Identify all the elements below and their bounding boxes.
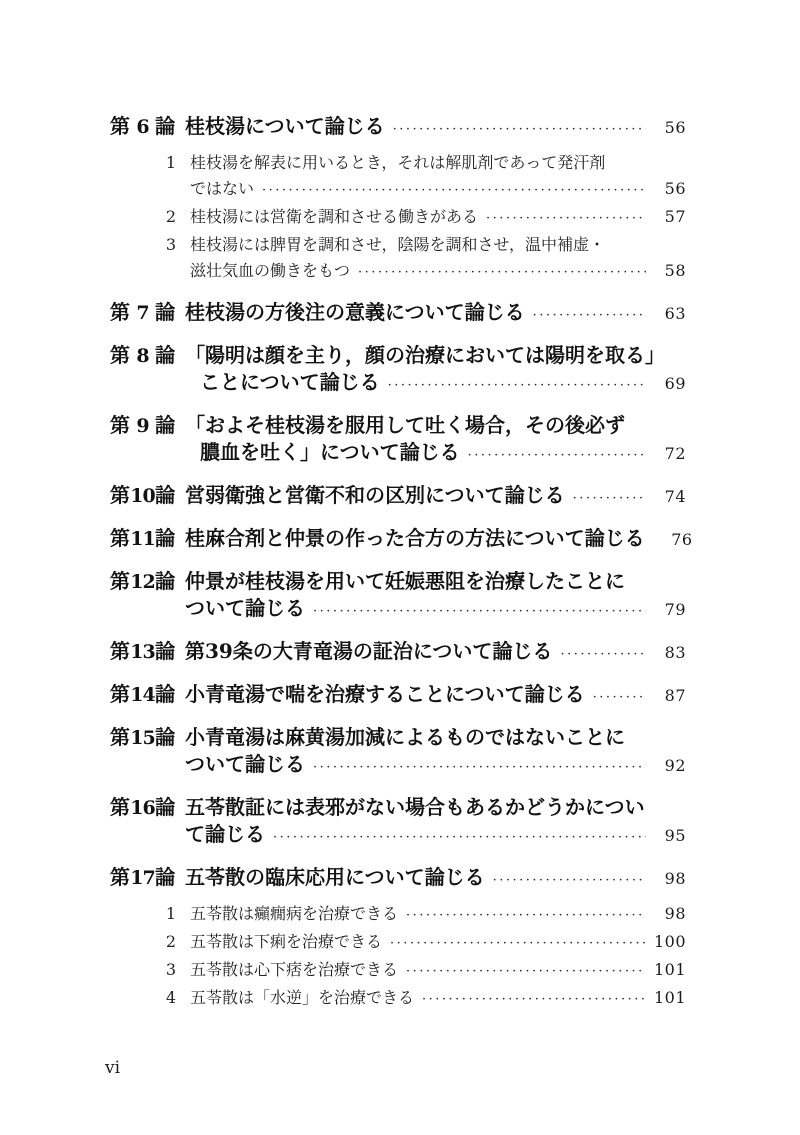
toc-title-line: 「およそ桂枝湯を服用して吐く場合，その後必ず [185,412,686,439]
page-ref: 57 [652,204,686,230]
subsection-number: 1 [165,901,177,929]
dot-leader: ········································… [388,372,646,399]
chapter-heading: 第12論仲景が桂枝湯を用いて妊娠悪阻を治療したことについて論じる········… [110,568,686,625]
dot-leader: ········································… [560,641,646,668]
chapter-number: 7 [130,300,155,327]
toc-title-text: 「陽明は顔を主り，顔の治療においては陽明を取る」 [185,342,665,369]
chapter-suffix: 論 [155,568,175,595]
toc-entry: 第14論小青竜湯で喘を治療することについて論じる················… [110,681,686,711]
subsection-title: 桂枝湯には脾胃を調和させ，陰陽を調和させ，温中補虚・滋壮気血の働きをもつ····… [190,232,686,286]
toc-title-text: 第39条の大青竜湯の証治について論じる [185,638,552,665]
page-ref: 101 [652,985,686,1011]
chapter-suffix: 論 [155,412,175,439]
dot-leader: ········································… [358,260,646,286]
page-ref: 87 [652,682,686,709]
toc-title-text: 小青竜湯で喘を治療することについて論じる [185,681,585,708]
toc-title-line: 桂枝湯の方後注の意義について論じる·······················… [185,299,686,329]
page-ref: 58 [652,258,686,284]
toc-title-text: 膿血を吐く」について論じる [200,439,460,466]
chapter-title: 小青竜湯で喘を治療することについて論じる····················… [185,681,686,711]
table-of-contents: 第6論桂枝湯について論じる···························… [110,113,686,1026]
chapter-label: 第7論 [110,299,185,329]
chapter-title: 営弱衛強と営衛不和の区別について論じる·····················… [185,482,686,512]
subsection-item: 1五苓散は癲癇病を治療できる··························… [110,901,686,929]
chapter-title: 桂麻合剤と仲景の作った合方の方法について論じる·················… [185,525,686,555]
chapter-title: 桂枝湯について論じる······························… [185,113,686,143]
subsection-list: 1五苓散は癲癇病を治療できる··························… [110,901,686,1013]
toc-title-line: 第39条の大青竜湯の証治について論じる·····················… [185,638,686,668]
subsection-list: 1桂枝湯を解表に用いるとき，それは解肌剤であって発汗剤ではない·········… [110,150,686,286]
page-ref: 63 [652,300,686,327]
toc-entry: 第6論桂枝湯について論じる···························… [110,113,686,286]
toc-title-line: 五苓散の臨床応用について論じる·························… [185,864,686,894]
dot-leader: ········································… [390,931,646,957]
chapter-title: 「およそ桂枝湯を服用して吐く場合，その後必ず膿血を吐く」について論じる·····… [185,412,686,469]
chapter-number: 16 [130,795,155,822]
toc-title-line: 桂枝湯を解表に用いるとき，それは解肌剤であって発汗剤 [190,150,686,176]
chapter-label: 第16論 [110,794,185,851]
chapter-title: 五苓散証には表邪がない場合もあるかどうかについて論じる·············… [185,794,686,851]
subsection-item: 3五苓散は心下痞を治療できる··························… [110,957,686,985]
chapter-number: 13 [130,639,155,666]
chapter-prefix: 第 [110,299,130,326]
toc-title-text: 滋壮気血の働きをもつ [190,258,350,284]
subsection-title: 桂枝湯を解表に用いるとき，それは解肌剤であって発汗剤ではない··········… [190,150,686,204]
toc-title-text: 桂枝湯には営衛を調和させる働きがある [190,204,478,230]
toc-entry: 第9論「およそ桂枝湯を服用して吐く場合，その後必ず膿血を吐く」について論じる··… [110,412,686,469]
chapter-label: 第17論 [110,864,185,894]
chapter-suffix: 論 [155,113,175,140]
toc-title-text: ついて論じる [185,751,305,778]
chapter-label: 第12論 [110,568,185,625]
toc-title-line: 五苓散は「水逆」を治療できる··························… [190,985,686,1013]
subsection-number: 4 [165,985,177,1013]
toc-title-line: 五苓散は下痢を治療できる····························… [190,929,686,957]
chapter-number: 14 [130,682,155,709]
subsection-title: 五苓散は「水逆」を治療できる··························… [190,985,686,1013]
page-ref: 76 [659,526,693,553]
chapter-prefix: 第 [110,342,130,369]
subsection-number: 2 [165,929,177,957]
chapter-prefix: 第 [110,794,130,821]
chapter-number: 8 [130,343,155,370]
chapter-label: 第14論 [110,681,185,711]
subsection-number: 3 [165,957,177,985]
toc-title-line: 「陽明は顔を主り，顔の治療においては陽明を取る」 [185,342,686,369]
toc-title-text: 五苓散証には表邪がない場合もあるかどうかについ [185,794,645,821]
toc-entry: 第15論小青竜湯は麻黄湯加減によるものではないことについて論じる········… [110,724,686,781]
dot-leader: ········································… [273,824,646,851]
subsection-number: 1 [165,150,177,204]
toc-title-line: ではない····································… [190,176,686,204]
chapter-label: 第15論 [110,724,185,781]
chapter-heading: 第8論「陽明は顔を主り，顔の治療においては陽明を取る」ことについて論じる····… [110,342,686,399]
dot-leader: ········································… [593,684,646,711]
chapter-heading: 第14論小青竜湯で喘を治療することについて論じる················… [110,681,686,711]
chapter-title: 小青竜湯は麻黄湯加減によるものではないことについて論じる············… [185,724,686,781]
chapter-label: 第8論 [110,342,185,399]
chapter-number: 12 [130,569,155,596]
dot-leader: ········································… [533,302,646,329]
chapter-suffix: 論 [155,638,175,665]
dot-leader: ········································… [313,754,646,781]
page-footer: vi [105,1058,120,1078]
toc-entry: 第13論第39条の大青竜湯の証治について論じる·················… [110,638,686,668]
subsection-item: 4五苓散は「水逆」を治療できる·························… [110,985,686,1013]
chapter-suffix: 論 [155,525,175,552]
toc-title-line: 五苓散は癲癇病を治療できる···························… [190,901,686,929]
toc-entry: 第10論営弱衛強と営衛不和の区別について論じる·················… [110,482,686,512]
toc-title-line: 膿血を吐く」について論じる···························… [185,439,686,469]
chapter-prefix: 第 [110,525,130,552]
toc-title-line: 桂麻合剤と仲景の作った合方の方法について論じる·················… [185,525,686,555]
toc-title-text: 小青竜湯は麻黄湯加減によるものではないことに [185,724,625,751]
page-ref: 100 [652,929,686,955]
toc-title-text: て論じる [185,821,265,848]
chapter-heading: 第10論営弱衛強と営衛不和の区別について論じる·················… [110,482,686,512]
toc-entry: 第7論桂枝湯の方後注の意義について論じる····················… [110,299,686,329]
chapter-title: 仲景が桂枝湯を用いて妊娠悪阻を治療したことについて論じる············… [185,568,686,625]
chapter-suffix: 論 [155,482,175,509]
toc-title-text: 五苓散は心下痞を治療できる [190,957,398,983]
toc-title-text: 桂麻合剤と仲景の作った合方の方法について論じる [185,525,645,552]
page-number-footer: vi [105,1058,120,1078]
chapter-heading: 第7論桂枝湯の方後注の意義について論じる····················… [110,299,686,329]
subsection-item: 3桂枝湯には脾胃を調和させ，陰陽を調和させ，温中補虚・滋壮気血の働きをもつ···… [110,232,686,286]
chapter-label: 第9論 [110,412,185,469]
chapter-suffix: 論 [155,342,175,369]
chapter-heading: 第16論五苓散証には表邪がない場合もあるかどうかについて論じる·········… [110,794,686,851]
subsection-item: 2五苓散は下痢を治療できる···························… [110,929,686,957]
toc-title-line: て論じる····································… [185,821,686,851]
page-ref: 56 [652,176,686,202]
toc-title-text: 「およそ桂枝湯を服用して吐く場合，その後必ず [185,412,625,439]
subsection-number: 3 [165,232,177,286]
chapter-suffix: 論 [155,724,175,751]
page-ref: 72 [652,440,686,467]
subsection-item: 1桂枝湯を解表に用いるとき，それは解肌剤であって発汗剤ではない·········… [110,150,686,204]
dot-leader: ········································… [406,903,646,929]
chapter-number: 11 [130,526,155,553]
toc-title-text: 桂枝湯の方後注の意義について論じる [185,299,525,326]
chapter-suffix: 論 [155,681,175,708]
chapter-prefix: 第 [110,638,130,665]
chapter-title: 「陽明は顔を主り，顔の治療においては陽明を取る」ことについて論じる·······… [185,342,686,399]
chapter-suffix: 論 [155,864,175,891]
toc-title-text: 五苓散は下痢を治療できる [190,929,382,955]
subsection-title: 五苓散は癲癇病を治療できる···························… [190,901,686,929]
dot-leader: ········································… [313,598,646,625]
toc-title-text: 桂枝湯について論じる [185,113,385,140]
toc-title-line: ついて論じる··································… [185,751,686,781]
toc-title-line: ついて論じる··································… [185,595,686,625]
chapter-prefix: 第 [110,568,130,595]
chapter-title: 第39条の大青竜湯の証治について論じる·····················… [185,638,686,668]
chapter-prefix: 第 [110,864,130,891]
chapter-heading: 第11論桂麻合剤と仲景の作った合方の方法について論じる·············… [110,525,686,555]
toc-title-text: ではない [190,176,254,202]
toc-entry: 第17論五苓散の臨床応用について論じる·····················… [110,864,686,1013]
chapter-suffix: 論 [155,794,175,821]
chapter-title: 桂枝湯の方後注の意義について論じる·······················… [185,299,686,329]
toc-title-line: 五苓散は心下痞を治療できる···························… [190,957,686,985]
dot-leader: ········································… [262,178,646,204]
toc-title-text: 五苓散は癲癇病を治療できる [190,901,398,927]
dot-leader: ········································… [493,867,646,894]
toc-title-text: ついて論じる [185,595,305,622]
dot-leader: ········································… [422,987,646,1013]
toc-title-text: ことについて論じる [200,369,380,396]
chapter-prefix: 第 [110,724,130,751]
page-ref: 79 [652,596,686,623]
chapter-number: 17 [130,865,155,892]
page-ref: 95 [652,822,686,849]
subsection-title: 五苓散は下痢を治療できる····························… [190,929,686,957]
chapter-prefix: 第 [110,412,130,439]
toc-title-text: 五苓散の臨床応用について論じる [185,864,485,891]
chapter-heading: 第15論小青竜湯は麻黄湯加減によるものではないことについて論じる········… [110,724,686,781]
toc-title-line: 五苓散証には表邪がない場合もあるかどうかについ [185,794,686,821]
page-ref: 83 [652,639,686,666]
toc-title-text: 仲景が桂枝湯を用いて妊娠悪阻を治療したことに [185,568,625,595]
chapter-number: 10 [130,483,155,510]
page-ref: 98 [652,901,686,927]
dot-leader: ········································… [393,116,646,143]
subsection-item: 2桂枝湯には営衛を調和させる働きがある·····················… [110,204,686,232]
toc-title-line: 仲景が桂枝湯を用いて妊娠悪阻を治療したことに [185,568,686,595]
chapter-heading: 第6論桂枝湯について論じる···························… [110,113,686,143]
toc-title-text: 五苓散は「水逆」を治療できる [190,985,414,1011]
dot-leader: ········································… [573,485,646,512]
page-ref: 69 [652,370,686,397]
toc-title-line: 滋壮気血の働きをもつ······························… [190,258,686,286]
chapter-title: 五苓散の臨床応用について論じる·························… [185,864,686,894]
toc-title-line: 桂枝湯について論じる······························… [185,113,686,143]
toc-entry: 第12論仲景が桂枝湯を用いて妊娠悪阻を治療したことについて論じる········… [110,568,686,625]
chapter-suffix: 論 [155,299,175,326]
page-ref: 74 [652,483,686,510]
toc-title-line: ことについて論じる·······························… [185,369,686,399]
chapter-number: 6 [130,114,155,141]
toc-entry: 第8論「陽明は顔を主り，顔の治療においては陽明を取る」ことについて論じる····… [110,342,686,399]
toc-title-line: 小青竜湯は麻黄湯加減によるものではないことに [185,724,686,751]
chapter-label: 第10論 [110,482,185,512]
dot-leader: ········································… [486,206,646,232]
chapter-label: 第13論 [110,638,185,668]
toc-title-text: 桂枝湯には脾胃を調和させ，陰陽を調和させ，温中補虚・ [190,232,605,258]
toc-title-text: 桂枝湯を解表に用いるとき，それは解肌剤であって発汗剤 [190,150,605,176]
chapter-heading: 第9論「およそ桂枝湯を服用して吐く場合，その後必ず膿血を吐く」について論じる··… [110,412,686,469]
page-ref: 92 [652,752,686,779]
chapter-number: 15 [130,725,155,752]
toc-entry: 第16論五苓散証には表邪がない場合もあるかどうかについて論じる·········… [110,794,686,851]
chapter-label: 第6論 [110,113,185,143]
page-ref: 56 [652,114,686,141]
subsection-number: 2 [165,204,177,232]
toc-title-line: 桂枝湯には営衛を調和させる働きがある······················… [190,204,686,232]
toc-title-line: 営弱衛強と営衛不和の区別について論じる·····················… [185,482,686,512]
toc-title-line: 桂枝湯には脾胃を調和させ，陰陽を調和させ，温中補虚・ [190,232,686,258]
chapter-prefix: 第 [110,482,130,509]
chapter-heading: 第17論五苓散の臨床応用について論じる·····················… [110,864,686,894]
page-ref: 98 [652,865,686,892]
chapter-label: 第11論 [110,525,185,555]
dot-leader: ········································… [406,959,646,985]
chapter-heading: 第13論第39条の大青竜湯の証治について論じる·················… [110,638,686,668]
subsection-title: 桂枝湯には営衛を調和させる働きがある······················… [190,204,686,232]
page-ref: 101 [652,957,686,983]
toc-entry: 第11論桂麻合剤と仲景の作った合方の方法について論じる·············… [110,525,686,555]
toc-title-line: 小青竜湯で喘を治療することについて論じる····················… [185,681,686,711]
book-page: 第6論桂枝湯について論じる···························… [0,0,800,1135]
chapter-prefix: 第 [110,113,130,140]
toc-title-text: 営弱衛強と営衛不和の区別について論じる [185,482,565,509]
dot-leader: ········································… [468,442,646,469]
subsection-title: 五苓散は心下痞を治療できる···························… [190,957,686,985]
chapter-number: 9 [130,413,155,440]
chapter-prefix: 第 [110,681,130,708]
